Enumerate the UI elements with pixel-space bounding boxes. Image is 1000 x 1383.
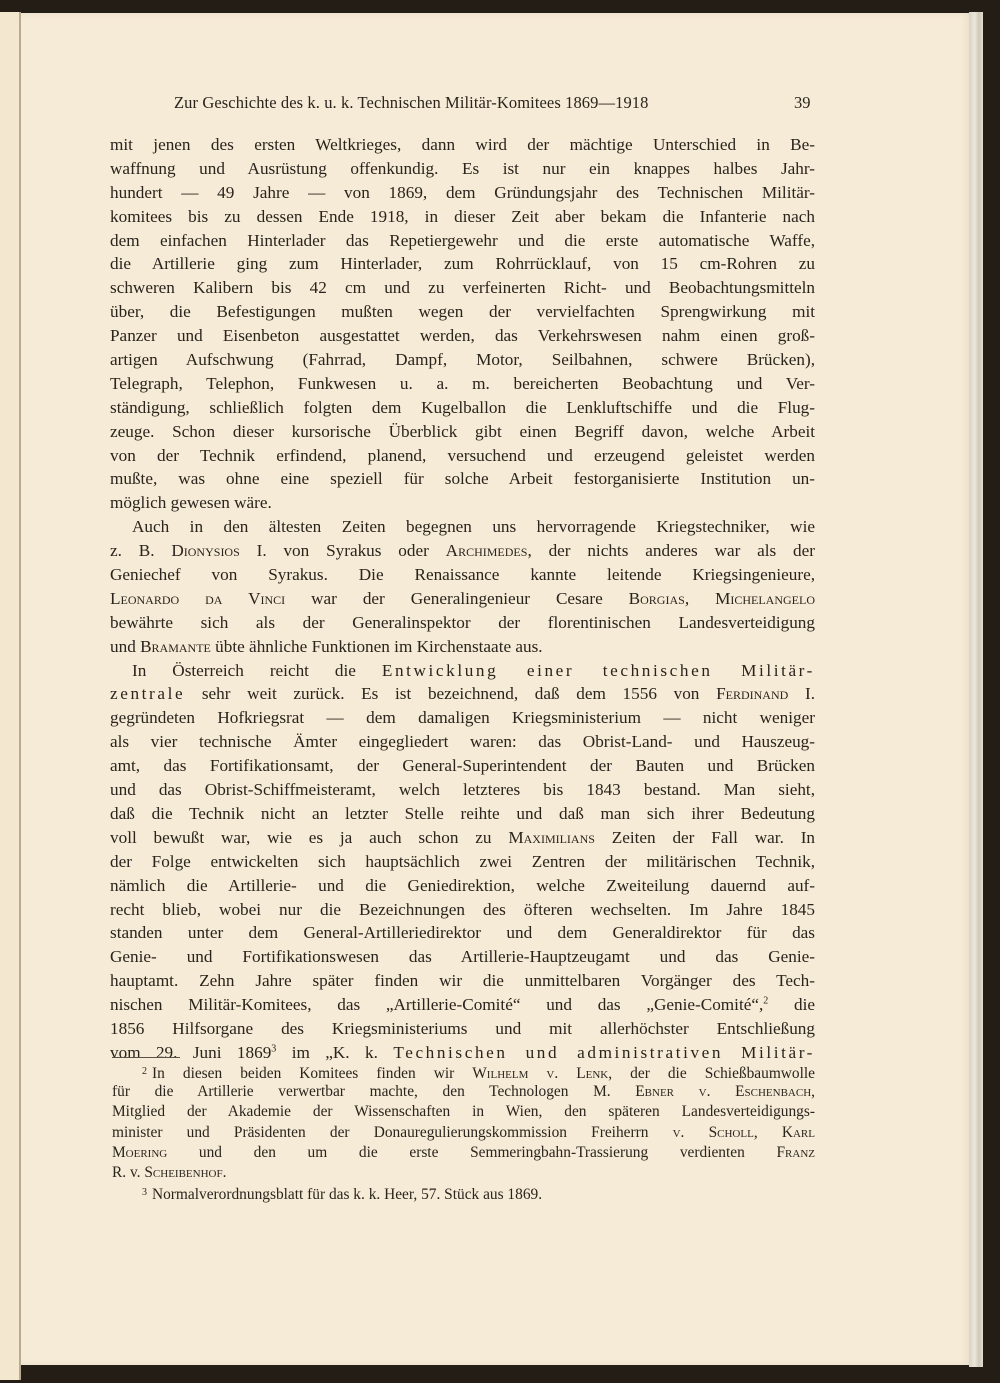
footnote-line: Moering und den um die erste Semmeringba… [112,1143,815,1163]
facing-page-edge [0,12,21,1380]
footnote-rule [112,1057,180,1058]
text-line: standen unter dem General-Artilleriedire… [110,921,815,945]
page-stack-edge [969,12,983,1367]
person-name: Moering [112,1144,167,1161]
text-line: nämlich die Artillerie- und die Geniedir… [110,874,815,898]
text-line: und das Obrist-Schiffmeisteramt, welch l… [110,778,815,802]
footnote-line: Mitglied der Akademie der Wissenschaften… [112,1102,815,1122]
text-line: z. B. Dionysios I. von Syrakus oder Arch… [110,539,815,563]
text-line: mit jenen des ersten Weltkrieges, dann w… [110,133,815,157]
person-name: Bramante [140,637,211,656]
footnote-line: für die Artillerie verwertbar machte, de… [112,1082,815,1102]
text-line: voll bewußt war, wie es ja auch schon zu… [110,826,815,850]
text-line: Leonardo da Vinci war der Generalingenie… [110,587,815,611]
person-name: Dionysios [171,541,239,560]
text-line: gegründeten Hofkriegsrat — dem damaligen… [110,706,815,730]
text-line: 1856 Hilfsorgane des Kriegsministeriums … [110,1017,815,1041]
text-line: daß die Technik nicht an letzter Stelle … [110,802,815,826]
footnote-line: minister und Präsidenten der Donaureguli… [112,1123,815,1143]
text-line: dem einfachen Hinterlader das Repetierge… [110,229,815,253]
person-name: Leonardo da Vinci [110,589,285,608]
text-line: von der Technik erfindend, planend, vers… [110,444,815,468]
spaced-emphasis: zentrale [110,684,185,703]
text-line: hundert — 49 Jahre — von 1869, dem Gründ… [110,181,815,205]
person-name: v. Scholl [673,1124,754,1141]
spaced-emphasis: Technischen und administrativen Militär- [393,1043,815,1062]
text-line: Geniechef von Syrakus. Die Renaissance k… [110,563,815,587]
running-title: Zur Geschichte des k. u. k. Technischen … [174,93,814,113]
text-line: ständigung, schließlich folgten dem Kuge… [110,396,815,420]
text-line: waffnung und Ausrüstung offenkundig. Es … [110,157,815,181]
text-line: Genie- und Fortifikationswesen das Artil… [110,945,815,969]
text-line: über, die Befestigungen mußten wegen der… [110,300,815,324]
footnote-mark: 3 [142,1187,147,1198]
text-line: zentrale sehr weit zurück. Es ist bezeic… [110,682,815,706]
footnotes: 2In diesen beiden Komitees finden wir Wi… [112,1062,815,1203]
footnote-2: 2In diesen beiden Komitees finden wir Wi… [112,1062,815,1082]
footnote-mark: 2 [142,1066,147,1077]
text-line: und Bramante übte ähnliche Funktionen im… [110,635,815,659]
text-line: Panzer und Eisenbeton ausgestattet werde… [110,324,815,348]
person-name: Borgias [629,589,685,608]
text-line: Telegraph, Telephon, Funkwesen u. a. m. … [110,372,815,396]
person-name: Wilhelm v. Lenk [472,1065,608,1082]
person-name: Ebner v. Eschenbach [635,1083,811,1100]
text-line: mußte, was ohne eine speziell für solche… [110,467,815,491]
text-line: amt, das Fortifikationsamt, der General-… [110,754,815,778]
text-line: zeuge. Schon dieser kursorische Überblic… [110,420,815,444]
text-line: die Artillerie ging zum Hinterlader, zum… [110,252,815,276]
text-line: In Österreich reicht die Entwicklung ein… [110,659,815,683]
body-text: mit jenen des ersten Weltkrieges, dann w… [110,133,815,1065]
text-line: als vier technische Ämter eingegliedert … [110,730,815,754]
page-number: 39 [794,93,811,113]
text-line: recht blieb, wobei nur die Bezeichnungen… [110,898,815,922]
footnote-line: R. v. Scheibenhof. [112,1163,815,1183]
footnote-3: 3Normalverordnungsblatt für das k. k. He… [112,1183,815,1203]
person-name: Karl [782,1124,815,1141]
text-line: nischen Militär-Komitees, das „Artilleri… [110,993,815,1017]
text-line: hauptamt. Zehn Jahre später finden wir d… [110,969,815,993]
text-line: bewährte sich als der Generalinspektor d… [110,611,815,635]
text-line: artigen Aufschwung (Fahrrad, Dampf, Moto… [110,348,815,372]
person-name: Franz [776,1144,815,1161]
person-name: Maximilians [508,828,595,847]
text-line: komitees bis zu dessen Ende 1918, in die… [110,205,815,229]
person-name: Michelangelo [715,589,815,608]
text-line: möglich gewesen wäre. [110,491,815,515]
text-line: der Folge entwickelten sich hauptsächlic… [110,850,815,874]
text-line: schweren Kalibern bis 42 cm und zu verfe… [110,276,815,300]
person-name: Ferdinand [716,684,788,703]
spaced-emphasis: Entwicklung einer technischen Militär- [382,661,815,680]
person-name: Archimedes [446,541,528,560]
person-name: Scheibenhof [144,1164,222,1181]
text-line: Auch in den ältesten Zeiten begegnen uns… [110,515,815,539]
